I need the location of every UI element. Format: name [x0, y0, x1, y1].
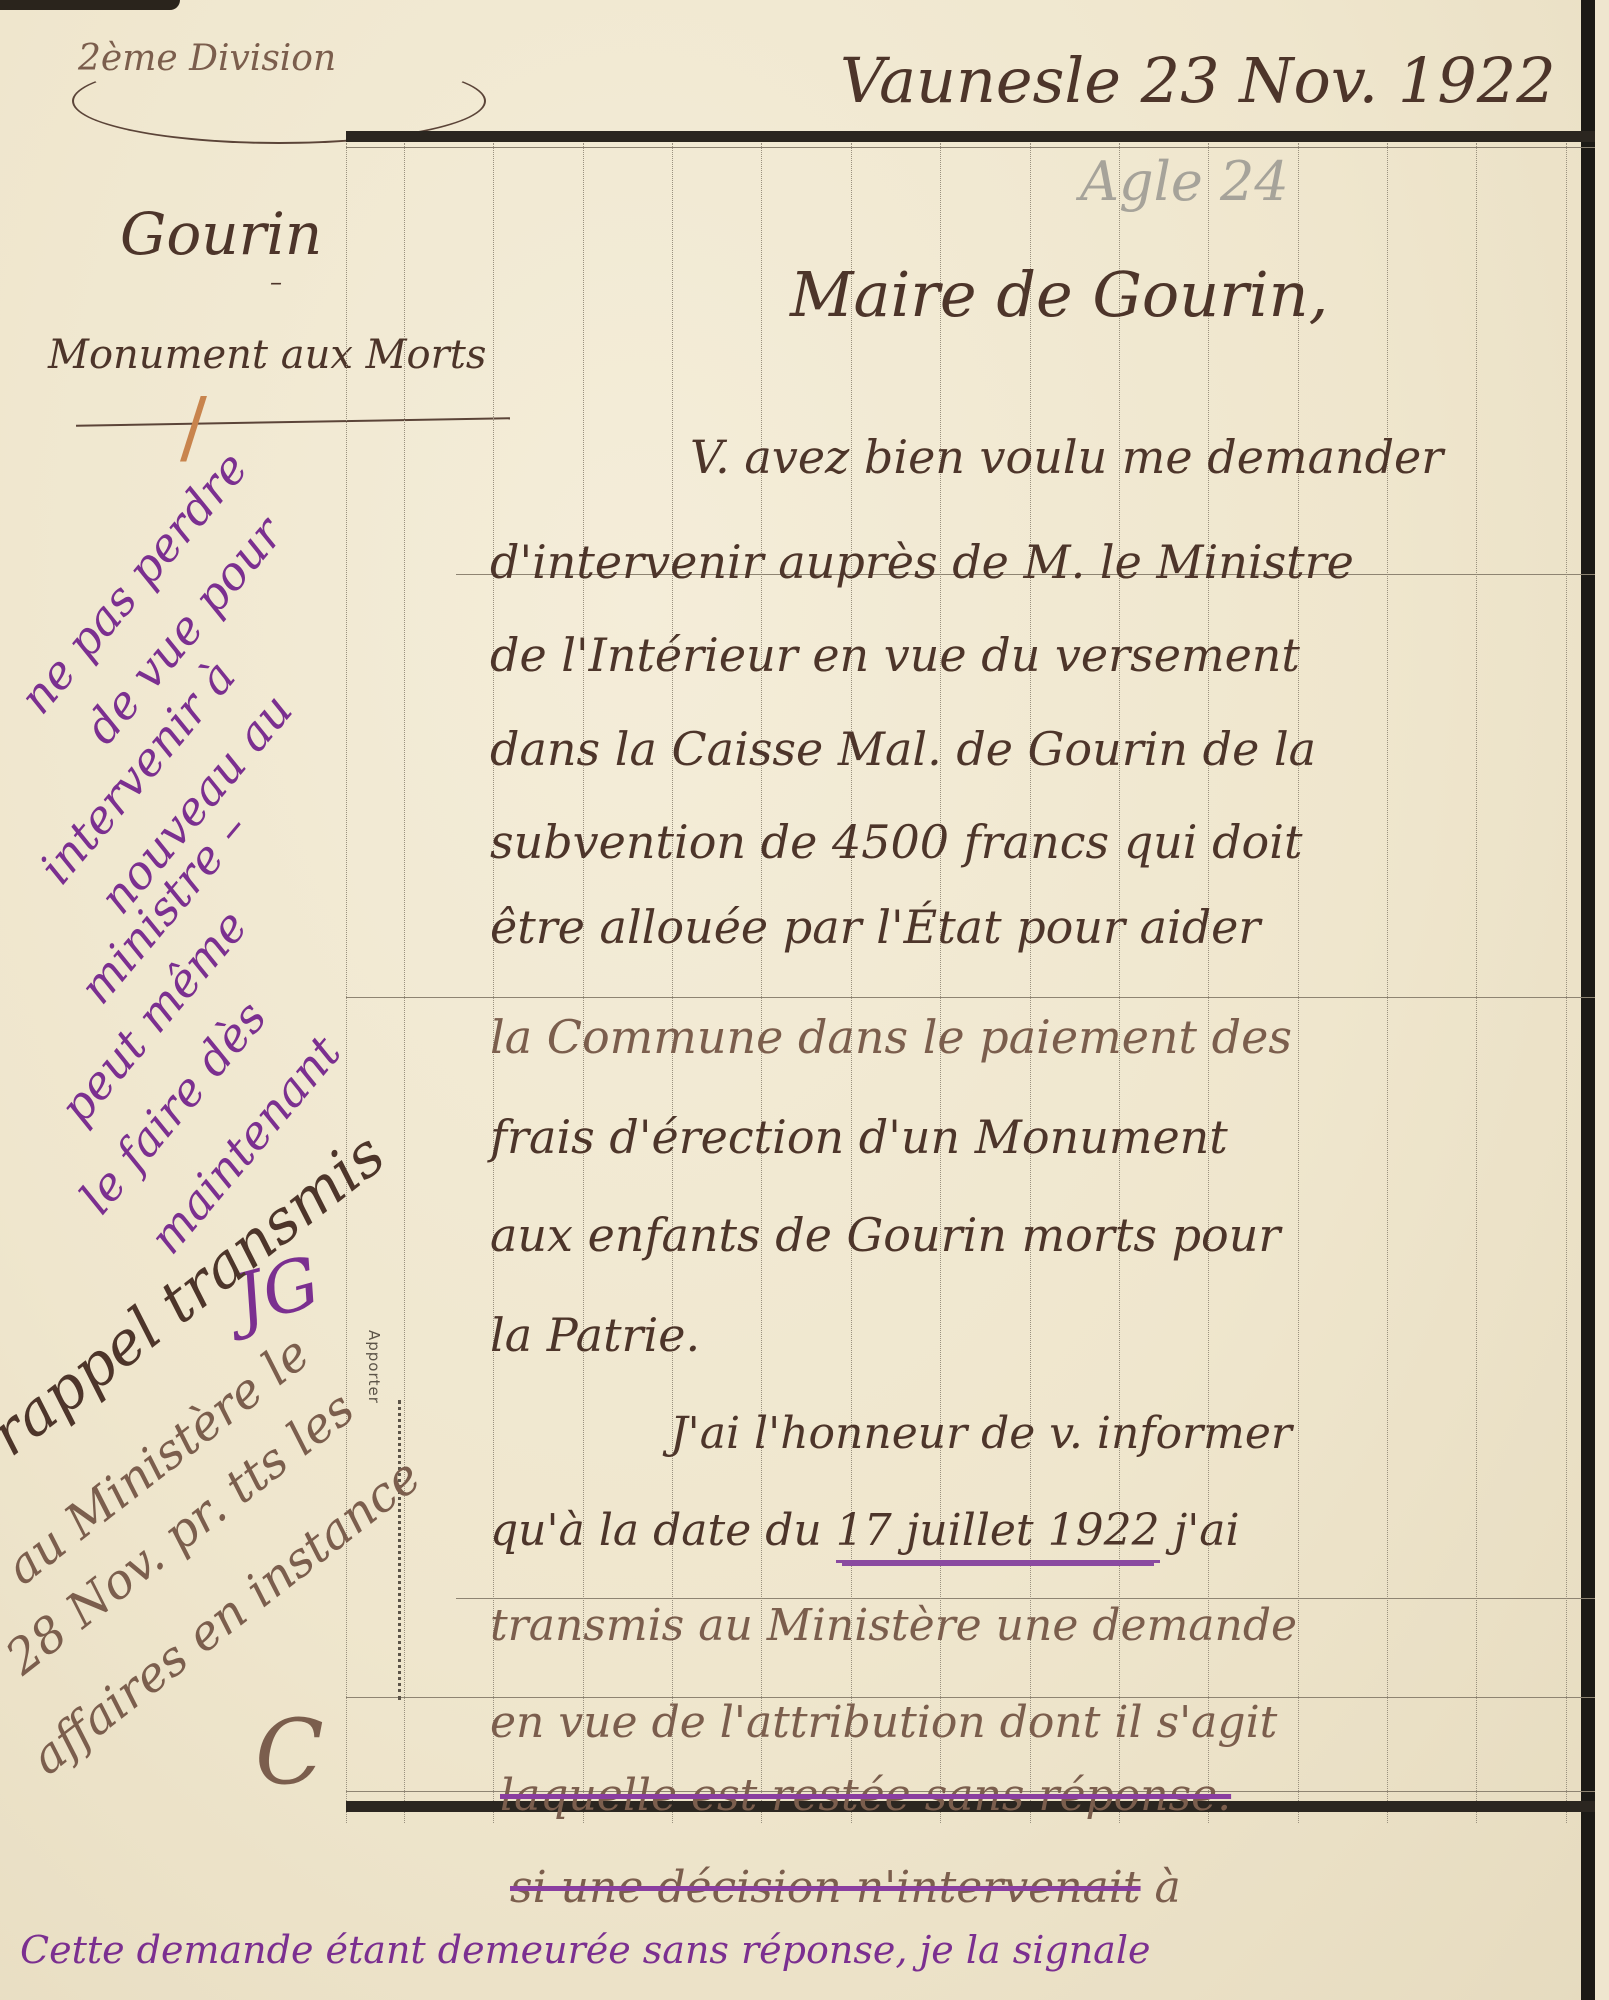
body2-line2: qu'à la date du 17 juillet 1922 j'ai — [490, 1505, 1240, 1556]
top-thin-rule — [346, 147, 1595, 148]
body-line: frais d'érection d'un Monument — [490, 1110, 1228, 1164]
ledger-row-line — [456, 1598, 1595, 1599]
brown-initial: C — [255, 1700, 324, 1805]
body-line: être allouée par l'État pour aider — [490, 900, 1260, 954]
torn-corner — [0, 0, 180, 10]
ledger-column-line — [1298, 143, 1299, 1823]
ledger-column-line — [1208, 143, 1209, 1823]
body-line: la Patrie. — [490, 1308, 700, 1362]
letter-paper: 2ème Division Vaunesle 23 Nov. 1922 Agle… — [0, 0, 1595, 2000]
ledger-column-line — [1030, 143, 1031, 1823]
salutation: Maire de Gourin, — [790, 258, 1328, 331]
subject-commune: Gourin — [120, 200, 322, 268]
line6-suffix: à — [1155, 1862, 1181, 1913]
ledger-column-line — [493, 143, 494, 1823]
body2-line1: J'ai l'honneur de v. informer — [670, 1408, 1292, 1459]
subject-dash: – — [270, 268, 282, 296]
place-date: Vaunesle 23 Nov. 1922 — [840, 44, 1556, 117]
body-line: d'intervenir auprès de M. le Ministre — [490, 535, 1354, 589]
top-thick-rule — [346, 131, 1595, 142]
body2-line3: transmis au Ministère une demande — [490, 1600, 1297, 1651]
body-line: de l'Intérieur en vue du versement — [490, 628, 1300, 682]
body2-line2-prefix: qu'à la date du — [490, 1505, 836, 1556]
ledger-column-line — [672, 143, 673, 1823]
struck-line: laquelle est restée sans réponse. — [500, 1770, 1231, 1821]
body2-line6: si une décision n'intervenait à — [510, 1862, 1181, 1913]
printed-vertical-label: Apporter — [365, 1330, 383, 1404]
highlighted-date: 17 juillet 1922 — [836, 1505, 1160, 1563]
body-line: subvention de 4500 francs qui doit — [490, 815, 1302, 869]
body-line: V. avez bien voulu me demander — [690, 430, 1443, 484]
ledger-column-line — [940, 143, 941, 1823]
footer-note: Cette demande étant demeurée sans répons… — [20, 1928, 1150, 1972]
struck-line: si une décision n'intervenait — [510, 1862, 1141, 1913]
ledger-column-line — [1566, 143, 1567, 1823]
ledger-column-line — [851, 143, 852, 1823]
ledger-column-line — [761, 143, 762, 1823]
body2-line2-suffix: j'ai — [1160, 1505, 1240, 1556]
ledger-column-line — [1119, 143, 1120, 1823]
ledger-row-line — [346, 997, 1595, 998]
purple-margin-note: ne pas perdre de vue pour intervenir à n… — [30, 520, 430, 1220]
body-line: la Commune dans le paiement des — [490, 1010, 1292, 1064]
ledger-column-line — [583, 143, 584, 1823]
printed-dotted-line — [398, 1400, 401, 1700]
ruled-ledger — [346, 131, 1595, 1832]
division-label: 2ème Division — [78, 38, 336, 79]
body-line: aux enfants de Gourin morts pour — [490, 1208, 1280, 1262]
body-line: dans la Caisse Mal. de Gourin de la — [490, 722, 1316, 776]
ledger-column-line — [1387, 143, 1388, 1823]
ledger-column-line — [1476, 143, 1477, 1823]
body2-line4: en vue de l'attribution dont il s'agit — [490, 1697, 1277, 1748]
